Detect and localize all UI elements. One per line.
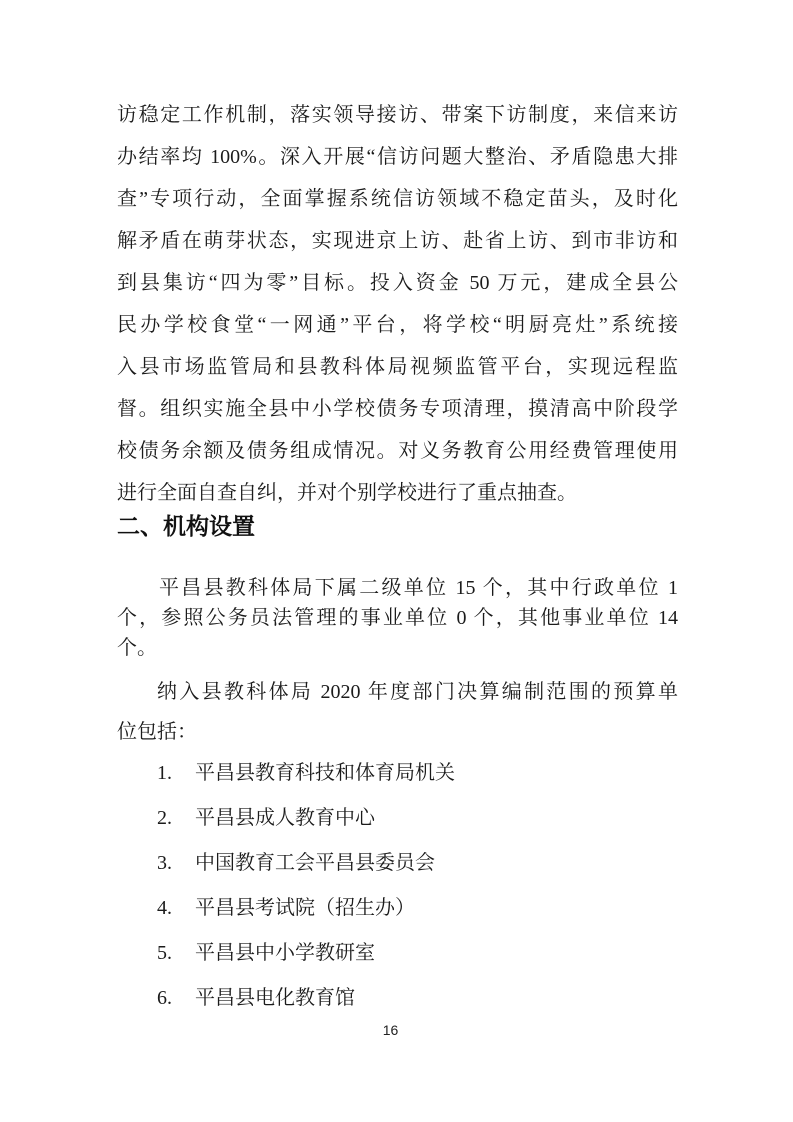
paragraph1-line: 进行全面自查自纠，并对个别学校进行了重点抽查。	[117, 472, 678, 514]
list-item-text: 平昌县教育科技和体育局机关	[195, 762, 455, 784]
paragraph1-line: 办结率均 100%。深入开展“信访问题大整治、矛盾隐患大排	[117, 136, 678, 178]
paragraph1-line: 访稳定工作机制，落实领导接访、带案下访制度，来信来访	[117, 94, 678, 136]
body-paragraph-2: 平昌县教科体局下属二级单位 15 个，其中行政单位 1 个，参照公务员法管理的事…	[117, 573, 678, 663]
list-item-number: 5.	[157, 931, 195, 976]
list-item-text: 平昌县成人教育中心	[195, 807, 375, 829]
paragraph1-line: 查”专项行动，全面掌握系统信访领域不稳定苗头，及时化	[117, 178, 678, 220]
list-item: 2.平昌县成人教育中心	[117, 796, 678, 841]
paragraph2-line: 个，参照公务员法管理的事业单位 0 个，其他事业单位 14	[117, 603, 678, 633]
list-item: 5.平昌县中小学教研室	[117, 931, 678, 976]
list-item-number: 1.	[157, 751, 195, 796]
body-paragraph-3: 纳入县教科体局 2020 年度部门决算编制范围的预算单 位包括：	[117, 672, 678, 752]
list-item: 6.平昌县电化教育馆	[117, 976, 678, 1021]
section-heading: 二、机构设置	[117, 510, 255, 542]
list-item-number: 6.	[157, 976, 195, 1021]
list-item: 1.平昌县教育科技和体育局机关	[117, 751, 678, 796]
list-item-text: 平昌县考试院（招生办）	[195, 897, 415, 919]
paragraph1-line: 督。组织实施全县中小学校债务专项清理，摸清高中阶段学	[117, 388, 678, 430]
list-item-text: 平昌县中小学教研室	[195, 942, 375, 964]
list-item-text: 平昌县电化教育馆	[195, 987, 355, 1009]
paragraph2-line: 个。	[117, 633, 678, 663]
list-item: 4.平昌县考试院（招生办）	[117, 886, 678, 931]
paragraph1-line: 校债务余额及债务组成情况。对义务教育公用经费管理使用	[117, 430, 678, 472]
list-item-number: 3.	[157, 841, 195, 886]
paragraph1-line: 解矛盾在萌芽状态，实现进京上访、赴省上访、到市非访和	[117, 220, 678, 262]
list-item-number: 4.	[157, 886, 195, 931]
paragraph3-line: 纳入县教科体局 2020 年度部门决算编制范围的预算单	[117, 672, 678, 712]
budget-unit-list: 1.平昌县教育科技和体育局机关 2.平昌县成人教育中心 3.中国教育工会平昌县委…	[117, 751, 678, 1021]
paragraph2-line: 平昌县教科体局下属二级单位 15 个，其中行政单位 1	[117, 573, 678, 603]
list-item-number: 2.	[157, 796, 195, 841]
paragraph1-line: 民办学校食堂“一网通”平台，将学校“明厨亮灶”系统接	[117, 304, 678, 346]
list-item-text: 中国教育工会平昌县委员会	[195, 852, 435, 874]
body-paragraph-1: 访稳定工作机制，落实领导接访、带案下访制度，来信来访 办结率均 100%。深入开…	[117, 94, 678, 514]
document-page: 访稳定工作机制，落实领导接访、带案下访制度，来信来访 办结率均 100%。深入开…	[0, 0, 793, 1122]
page-number: 16	[0, 1022, 781, 1038]
paragraph3-line: 位包括：	[117, 712, 678, 752]
paragraph1-line: 入县市场监管局和县教科体局视频监管平台，实现远程监	[117, 346, 678, 388]
paragraph1-line: 到县集访“四为零”目标。投入资金 50 万元，建成全县公	[117, 262, 678, 304]
list-item: 3.中国教育工会平昌县委员会	[117, 841, 678, 886]
